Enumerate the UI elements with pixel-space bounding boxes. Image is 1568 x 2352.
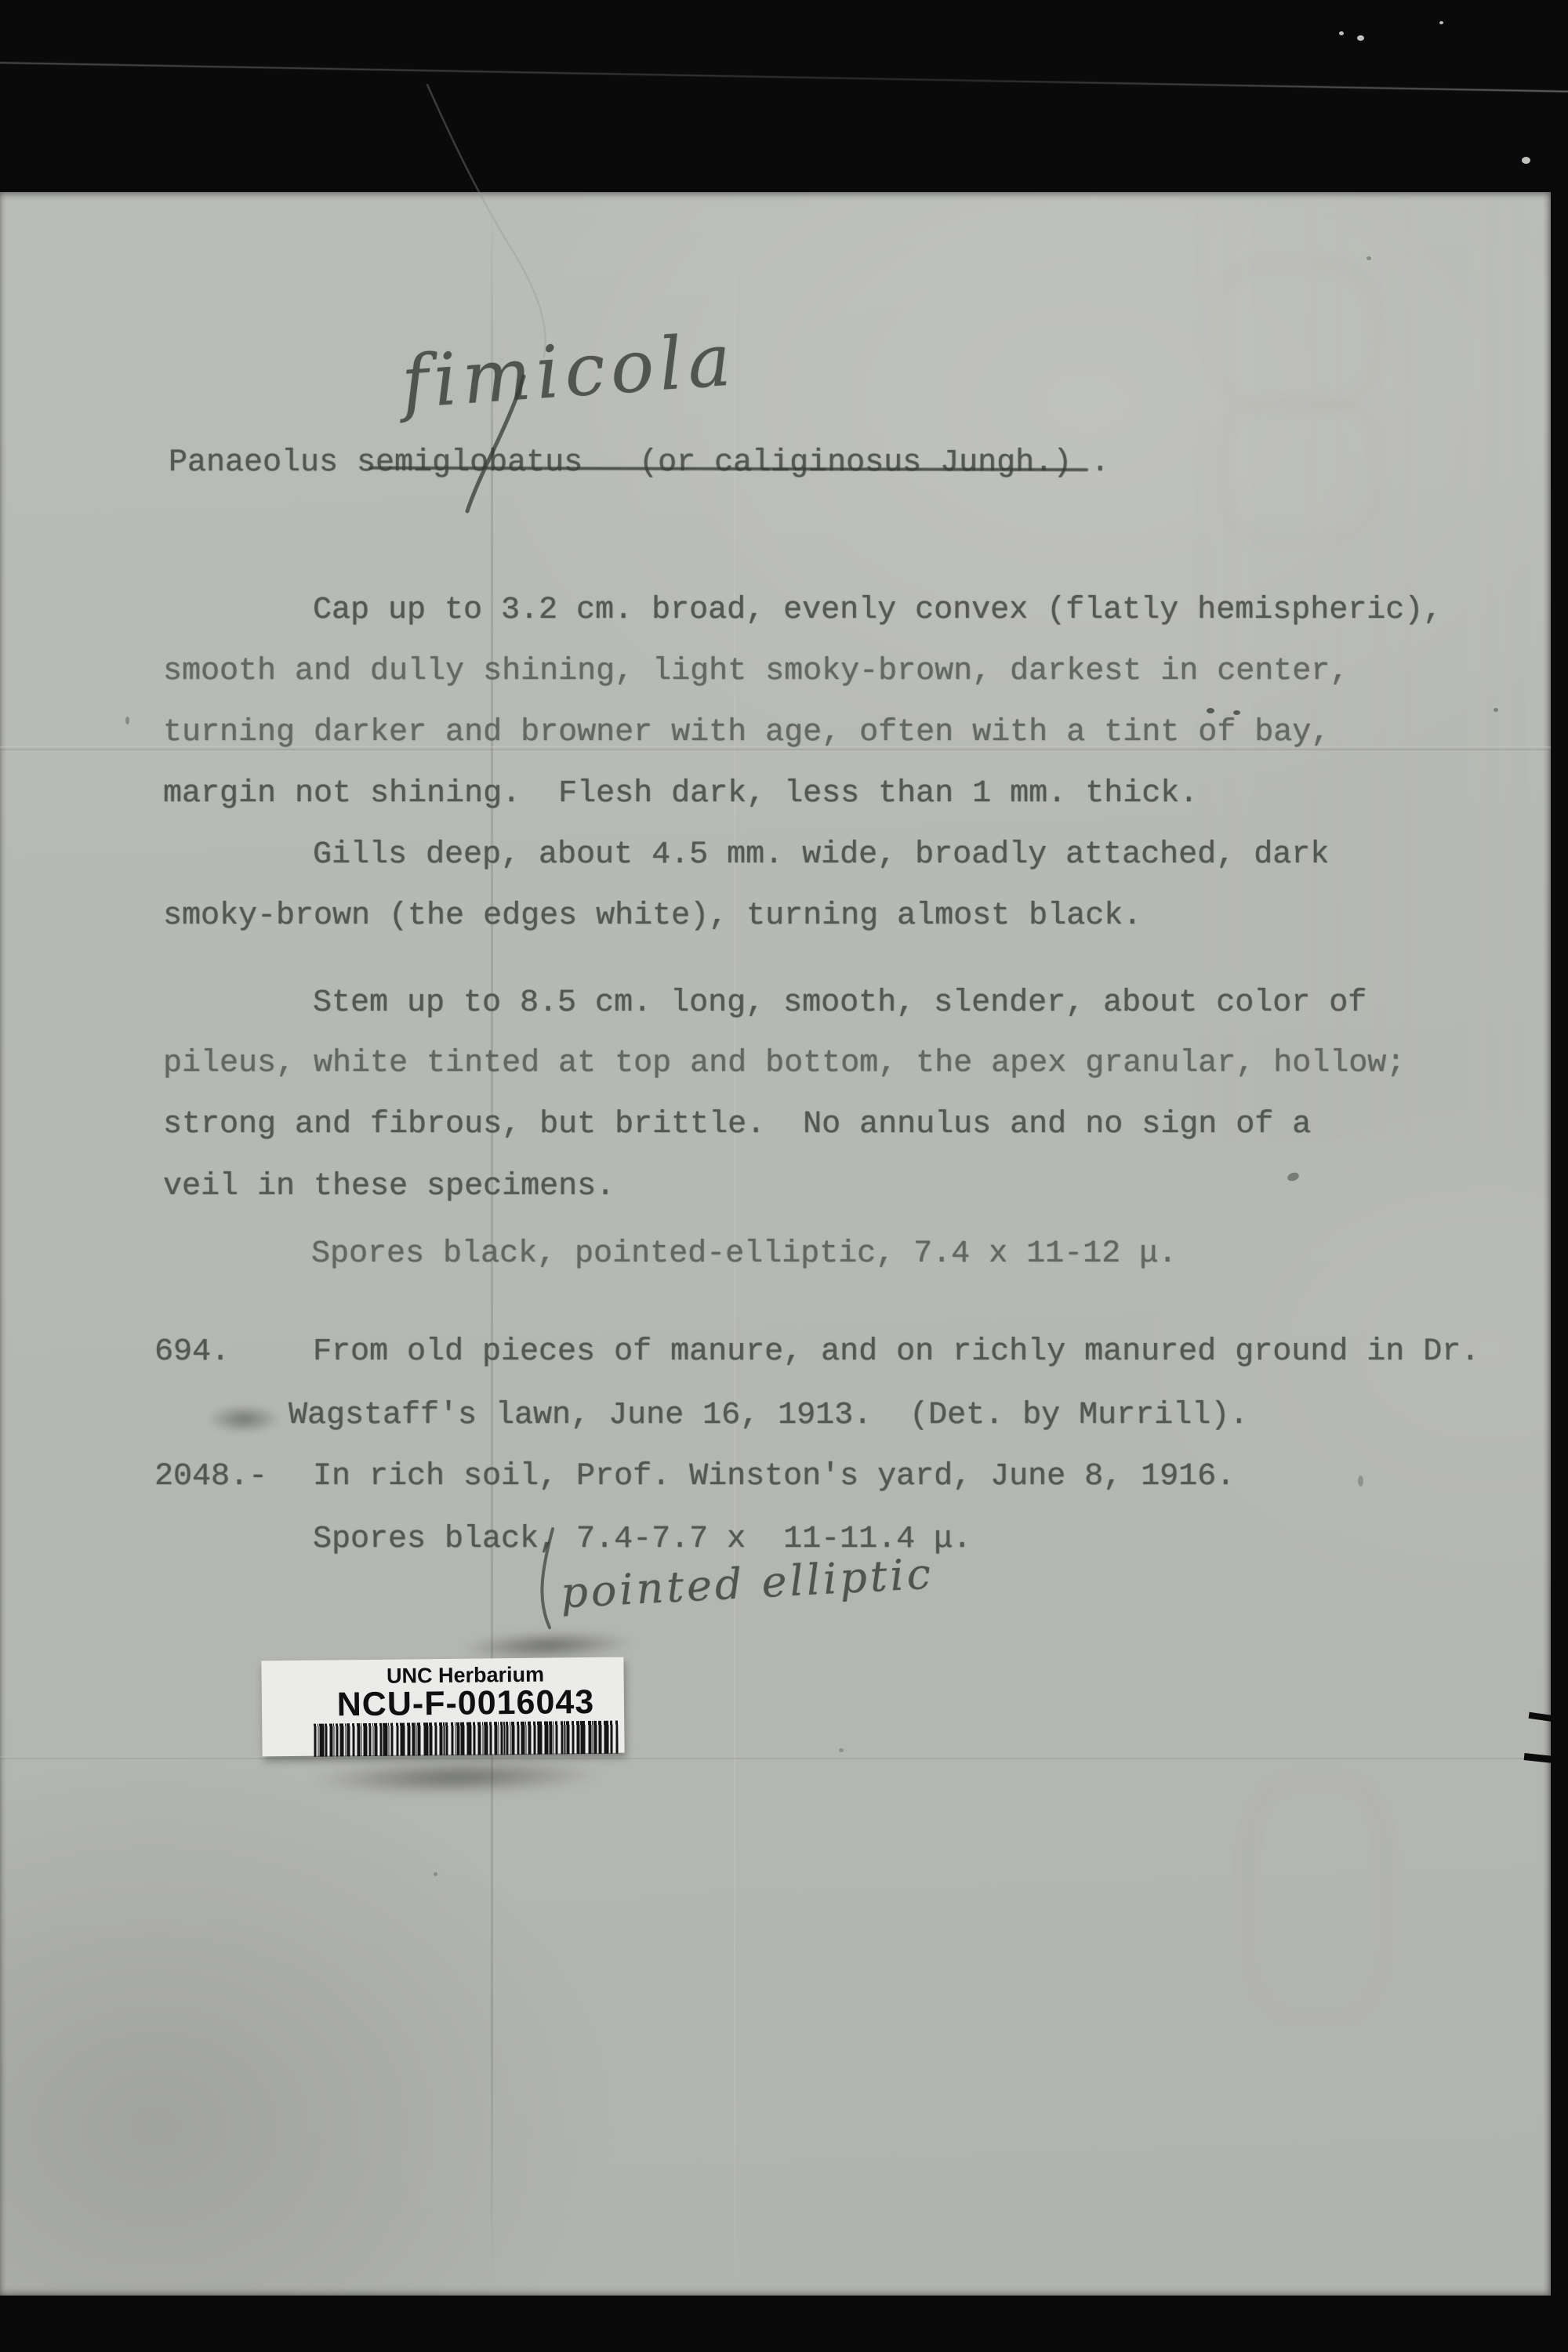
typewritten-line-cap-4: margin not shining. Flesh dark, less tha… [163, 779, 1198, 810]
typewritten-line-stem-4: veil in these specimens. [163, 1171, 615, 1203]
barcode [314, 1721, 618, 1757]
typewritten-line-gills-2: smoky-brown (the edges white), turning a… [163, 901, 1142, 932]
ink-speck [839, 1748, 844, 1752]
dust-speck [1439, 21, 1443, 24]
collection-number-694: 694. [154, 1337, 230, 1368]
typewritten-line-stem-1: Stem up to 8.5 cm. long, smooth, slender… [313, 988, 1367, 1019]
scanned-herbarium-sheet: Panaeolus semiglobatus (or caliginosus J… [0, 0, 1568, 2352]
typewritten-line-gills-1: Gills deep, about 4.5 mm. wide, broadly … [313, 840, 1329, 871]
ink-speck [1233, 710, 1240, 715]
ink-speck [1494, 708, 1498, 712]
struck-species-text: semiglobatus (or caliginosus Jungh.) [357, 445, 1072, 481]
dust-speck [1522, 157, 1530, 164]
typewritten-line-cap-1: Cap up to 3.2 cm. broad, evenly convex (… [313, 595, 1442, 626]
ink-speck [1207, 708, 1214, 713]
dust-speck [1339, 31, 1344, 35]
typewritten-line-stem-3: strong and fibrous, but brittle. No annu… [163, 1109, 1311, 1141]
ink-speck [434, 1872, 437, 1876]
collection-694-line-2: Wagstaff's lawn, June 16, 1913. (Det. by… [289, 1400, 1248, 1432]
scratch-line [0, 62, 1568, 93]
genus-text: Panaeolus [169, 445, 357, 481]
typewritten-line-cap-3: turning darker and browner with age, oft… [163, 717, 1330, 749]
title-period: . [1072, 445, 1109, 481]
typewritten-line-stem-2: pileus, white tinted at top and bottom, … [163, 1048, 1405, 1080]
collection-2048-line-2: Spores black, 7.4-7.7 x 11-11.4 μ. [313, 1524, 971, 1555]
ink-speck [125, 717, 129, 724]
accession-number: NCU-F-0016043 [262, 1685, 624, 1723]
collection-2048-line-1: In rich soil, Prof. Winston's yard, June… [313, 1461, 1235, 1493]
ink-speck [1367, 256, 1371, 260]
collection-694-line-1: From old pieces of manure, and on richly… [313, 1337, 1479, 1368]
barcode-label: UNC Herbarium NCU-F-0016043 [261, 1657, 624, 1757]
ink-speck [1358, 1475, 1363, 1486]
typewritten-line-cap-2: smooth and dully shining, light smoky-br… [163, 656, 1348, 688]
typewritten-line-spores: Spores black, pointed-elliptic, 7.4 x 11… [311, 1239, 1177, 1270]
species-title-line: Panaeolus semiglobatus (or caliginosus J… [169, 448, 1109, 479]
dust-speck [1357, 35, 1364, 41]
collection-number-2048: 2048.- [154, 1461, 267, 1493]
